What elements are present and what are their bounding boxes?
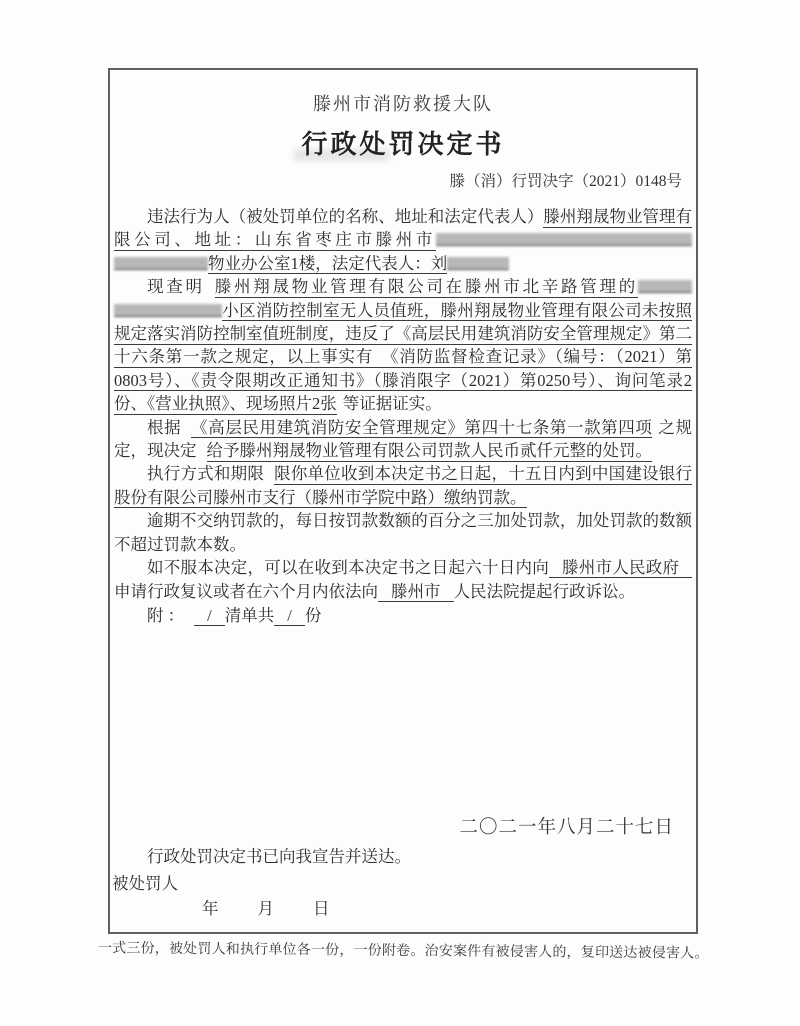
appeal-court: 滕州市 [378, 582, 454, 602]
basis-legal-clause: 《高层民用建筑消防安全管理规定》第四十七条第一款第四项 [191, 418, 652, 439]
document-frame: 滕州市消防救援大队 行政处罚决定书 滕（消）行罚决字（2021）0148号 违法… [108, 68, 698, 934]
agency-name: 滕州市消防救援大队 [114, 90, 692, 116]
signature-date-blanks: 年 月 日 [202, 895, 692, 919]
document-title: 行政处罚决定书 [114, 124, 692, 161]
attachment-label: 附 ： [147, 606, 184, 625]
violator-label: 违法行为人（被处罚单位的名称、地址和法定代表人） [147, 207, 543, 226]
document-content: 滕州市消防救援大队 行政处罚决定书 滕（消）行罚决字（2021）0148号 违法… [110, 70, 696, 919]
attachment-mid: 清单共 [225, 606, 275, 625]
appeal-suffix: 人民法院提起行政诉讼。 [454, 582, 636, 601]
penalized-person-label: 被处罚人 [112, 870, 692, 894]
redacted-community-name-part2 [114, 304, 222, 317]
redacted-address-part1 [436, 233, 692, 246]
paragraph-appeal: 如不服本决定，可以在收到本决定书之日起六十日内向滕州市人民政府申请行政复议或者在… [114, 556, 692, 603]
appeal-review-organ: 滕州市人民政府 [549, 558, 692, 578]
attachment-suffix: 份 [305, 606, 322, 625]
paragraph-findings: 现查明滕州翔晟物业管理有限公司在滕州市北辛路管理的小区消防控制室无人员值班，滕州… [114, 275, 692, 415]
paragraph-attachment: 附 ：/清单共/份 [114, 604, 692, 627]
findings-suffix: 等证据证实。 [343, 394, 442, 413]
violator-address-tail: 物业办公室1楼，法定代表人：刘 [208, 254, 447, 275]
redacted-legal-representative [447, 257, 509, 270]
paragraph-basis: 根据《高层民用建筑消防安全管理规定》第四十七条第一款第四项之规定，现决定给予滕州… [114, 416, 692, 463]
redacted-address-part2 [114, 257, 208, 270]
appeal-pre: 如不服本决定，可以在收到本决定书之日起六十日内向 [147, 558, 549, 577]
delivery-statement: 行政处罚决定书已向我宣告并送达。 [114, 845, 692, 868]
execution-label: 执行方式和期限 [147, 464, 264, 483]
document-number: 滕（消）行罚决字（2021）0148号 [114, 169, 692, 191]
paragraph-execution: 执行方式和期限限你单位收到本决定书之日起，十五日内到中国建设银行股份有限公司滕州… [114, 462, 692, 509]
scanned-page: 滕州市消防救援大队 行政处罚决定书 滕（消）行罚决字（2021）0148号 违法… [0, 0, 800, 1026]
document-body: 违法行为人（被处罚单位的名称、地址和法定代表人）滕州翔晟物业管理有限公司、地址：… [114, 205, 692, 627]
redacted-community-name-part1 [638, 280, 692, 293]
issue-date: 二〇二一年八月二十七日 [114, 813, 692, 839]
paragraph-late-penalty: 逾期不交纳罚款的，每日按罚款数额的百分之三加处罚款，加处罚款的数额不超过罚款本数… [114, 509, 692, 556]
appeal-mid: 申请行政复议或者在六个月内依法向 [114, 582, 378, 601]
attachment-count-blank2: / [274, 606, 305, 626]
footer-note: 一式三份，被处罚人和执行单位各一份，一份附卷。治安案件有被侵害人的，复印送达被侵… [98, 937, 718, 962]
findings-label: 现查明 [147, 277, 205, 296]
basis-label: 根据 [147, 418, 181, 437]
attachment-count-blank1: / [194, 606, 225, 626]
paragraph-violator: 违法行为人（被处罚单位的名称、地址和法定代表人）滕州翔晟物业管理有限公司、地址：… [114, 205, 692, 275]
findings-fact-head: 滕州翔晟物业管理有限公司在滕州市北辛路管理的 [215, 277, 638, 298]
basis-decision: 给予滕州翔晟物业管理有限公司罚款人民币贰仟元整的处罚。 [207, 441, 653, 462]
